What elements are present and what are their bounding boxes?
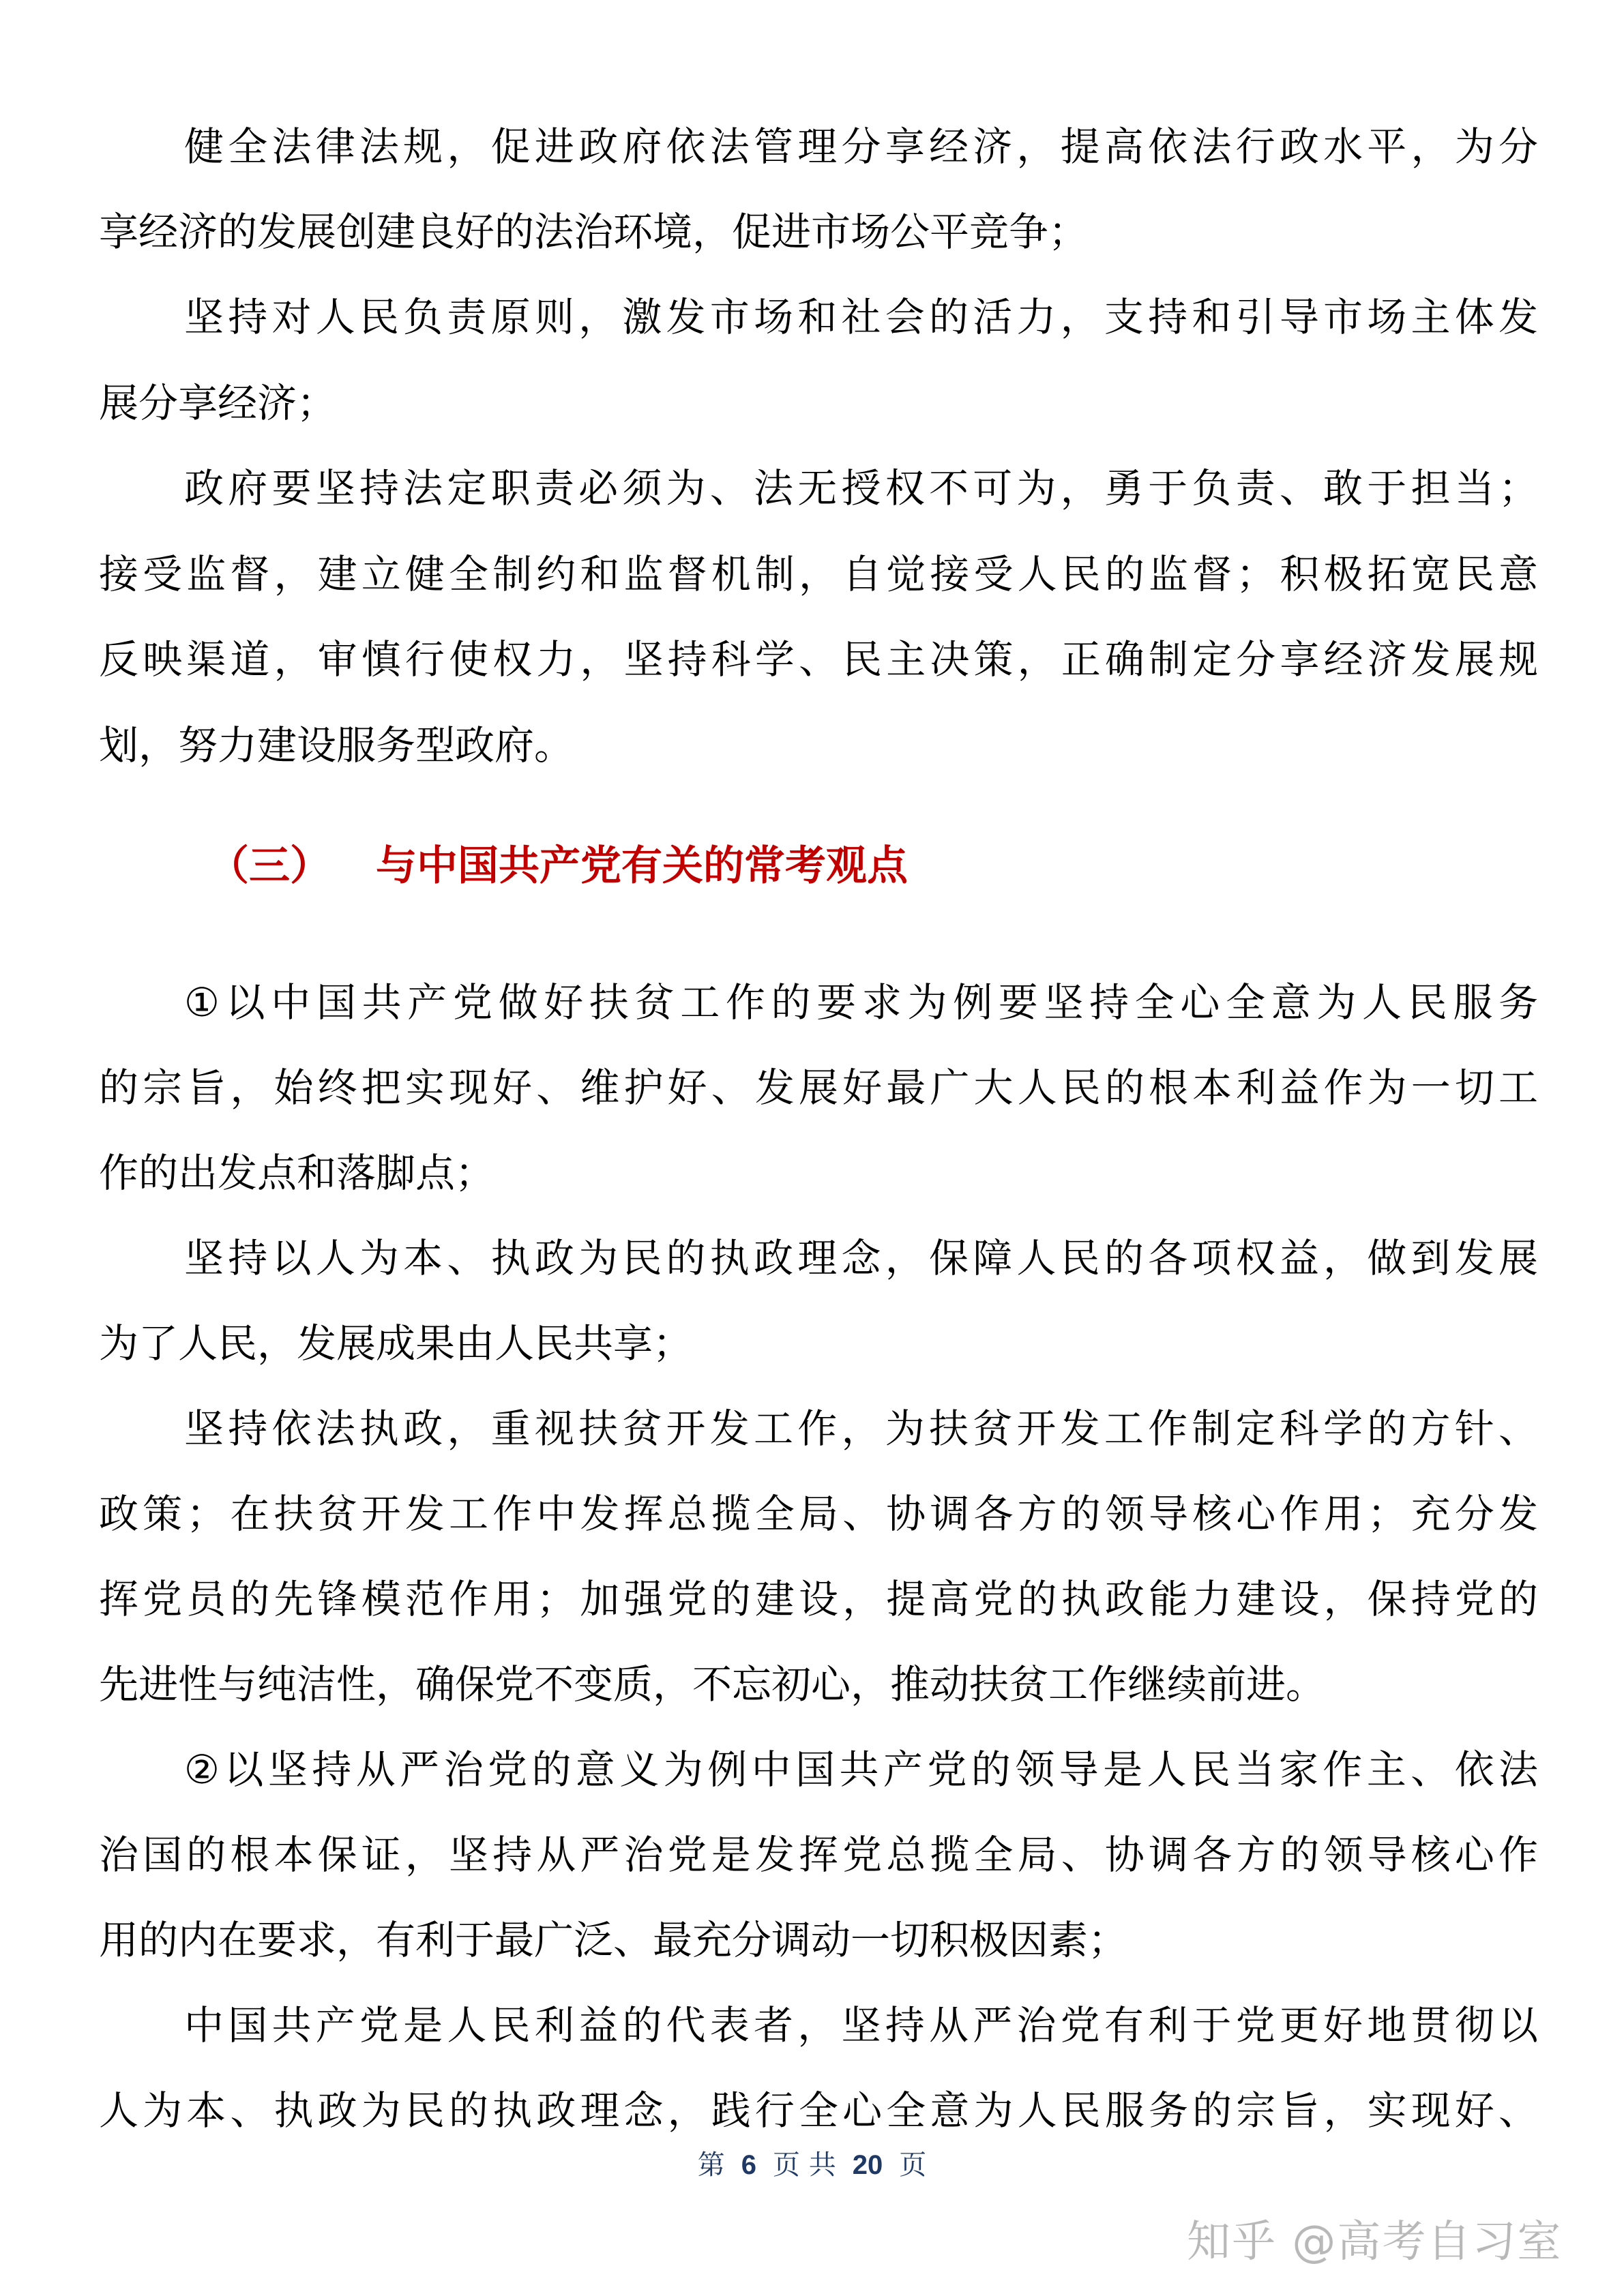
- zhihu-watermark: 知乎 @高考自习室: [1187, 2215, 1562, 2269]
- paragraph-line: 作的出发点和落脚点；: [99, 1149, 1538, 1197]
- section-heading: （三）与中国共产党有关的常考观点: [208, 840, 908, 892]
- paragraph-line: 政策；在扶贫开发工作中发挥总揽全局、协调各方的领导核心作用；充分发: [99, 1490, 1538, 1538]
- paragraph-line: ②以坚持从严治党的意义为例中国共产党的领导是人民当家作主、依法: [184, 1746, 1538, 1793]
- paragraph-line: 坚持对人民负责原则，激发市场和社会的活力，支持和引导市场主体发: [184, 293, 1538, 341]
- page-footer: 第6页 共20页: [0, 2148, 1624, 2182]
- paragraph-line: 接受监督，建立健全制约和监督机制，自觉接受人民的监督；积极拓宽民意: [99, 550, 1538, 598]
- section-number: （三）: [208, 840, 331, 892]
- total-pages-number: 20: [853, 2150, 883, 2180]
- paragraph-line: 健全法律法规，促进政府依法管理分享经济，提高依法行政水平，为分: [184, 123, 1538, 170]
- paragraph-line: 人为本、执政为民的执政理念，践行全心全意为人民服务的宗旨，实现好、: [99, 2087, 1538, 2134]
- paragraph-line: 挥党员的先锋模范作用；加强党的建设，提高党的执政能力建设，保持党的: [99, 1575, 1538, 1623]
- footer-prefix: 第: [698, 2149, 725, 2181]
- paragraph-line: 划，努力建设服务型政府。: [99, 721, 1538, 769]
- paragraph-line: 治国的根本保证，坚持从严治党是发挥党总揽全局、协调各方的领导核心作: [99, 1831, 1538, 1879]
- paragraph-line: 先进性与纯洁性，确保党不变质，不忘初心，推动扶贫工作继续前进。: [99, 1660, 1538, 1708]
- footer-suffix: 页: [899, 2149, 926, 2181]
- current-page-number: 6: [741, 2150, 756, 2180]
- paragraph-line: ①以中国共产党做好扶贫工作的要求为例要坚持全心全意为人民服务: [184, 979, 1538, 1026]
- paragraph-line: 的宗旨，始终把实现好、维护好、发展好最广大人民的根本利益作为一切工: [99, 1064, 1538, 1112]
- paragraph-line: 展分享经济；: [99, 379, 1538, 427]
- paragraph-line: 政府要坚持法定职责必须为、法无授权不可为，勇于负责、敢于担当；: [184, 464, 1538, 512]
- paragraph-line: 为了人民，发展成果由人民共享；: [99, 1320, 1538, 1367]
- section-title: 与中国共产党有关的常考观点: [376, 842, 908, 890]
- paragraph-line: 坚持以人为本、执政为民的执政理念，保障人民的各项权益，做到发展: [184, 1234, 1538, 1282]
- paragraph-line: 反映渠道，审慎行使权力，坚持科学、民主决策，正确制定分享经济发展规: [99, 636, 1538, 683]
- paragraph-line: 中国共产党是人民利益的代表者，坚持从严治党有利于党更好地贯彻以: [184, 2001, 1538, 2049]
- document-page: 健全法律法规，促进政府依法管理分享经济，提高依法行政水平，为分 享经济的发展创建…: [0, 0, 1624, 2296]
- paragraph-line: 用的内在要求，有利于最广泛、最充分调动一切积极因素；: [99, 1916, 1538, 1964]
- footer-middle: 页 共: [773, 2149, 836, 2181]
- paragraph-line: 坚持依法执政，重视扶贫开发工作，为扶贫开发工作制定科学的方针、: [184, 1405, 1538, 1452]
- paragraph-line: 享经济的发展创建良好的法治环境，促进市场公平竞争；: [99, 208, 1538, 256]
